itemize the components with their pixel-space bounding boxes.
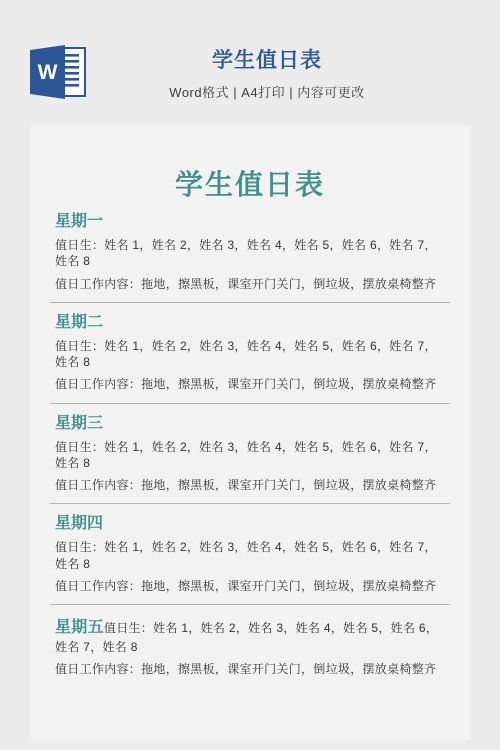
duty-line: 值日工作内容：拖地，擦黑板，课室开门关门，倒垃圾，摆放桌椅整齐: [55, 477, 445, 493]
duty-line: 值日工作内容：拖地，擦黑板，课室开门关门，倒垃圾，摆放桌椅整齐: [55, 376, 445, 392]
day-heading-inline: 星期五: [55, 619, 104, 636]
duty-line: 值日工作内容：拖地，擦黑板，课室开门关门，倒垃圾，摆放桌椅整齐: [55, 578, 445, 594]
students-line: 值日生：姓名 1，姓名 2，姓名 3，姓名 4，姓名 5，姓名 6，姓名 7，姓…: [55, 539, 445, 571]
page-subtitle: Word格式 | A4打印 | 内容可更改: [34, 82, 500, 101]
day-section-wednesday: 星期三 值日生：姓名 1，姓名 2，姓名 3，姓名 4，姓名 5，姓名 6，姓名…: [30, 414, 470, 494]
students-line: 星期五值日生：姓名 1，姓名 2，姓名 3，姓名 4，姓名 5，姓名 6，姓名 …: [55, 617, 445, 655]
students-line: 值日生：姓名 1，姓名 2，姓名 3，姓名 4，姓名 5，姓名 6，姓名 7，姓…: [55, 237, 445, 269]
day-heading: 星期三: [55, 414, 445, 433]
section-divider: [50, 302, 450, 303]
page-title: 学生值日表: [34, 48, 500, 73]
day-heading: 星期四: [55, 514, 445, 533]
duty-line: 值日工作内容：拖地，擦黑板，课室开门关门，倒垃圾，摆放桌椅整齐: [55, 276, 445, 292]
duty-line: 值日工作内容：拖地，擦黑板，课室开门关门，倒垃圾，摆放桌椅整齐: [55, 661, 445, 677]
students-line: 值日生：姓名 1，姓名 2，姓名 3，姓名 4，姓名 5，姓名 6，姓名 7，姓…: [55, 338, 445, 370]
section-divider: [50, 503, 450, 504]
document-preview: 学生值日表 星期一 值日生：姓名 1，姓名 2，姓名 3，姓名 4，姓名 5，姓…: [30, 125, 470, 740]
students-line-text: 值日生：姓名 1，姓名 2，姓名 3，姓名 4，姓名 5，姓名 6，姓名 7，姓…: [55, 621, 438, 654]
day-section-friday: 星期五值日生：姓名 1，姓名 2，姓名 3，姓名 4，姓名 5，姓名 6，姓名 …: [30, 617, 470, 677]
day-section-thursday: 星期四 值日生：姓名 1，姓名 2，姓名 3，姓名 4，姓名 5，姓名 6，姓名…: [30, 514, 470, 594]
section-divider: [50, 403, 450, 404]
section-divider: [50, 604, 450, 605]
page: W 学生值日表 Word格式 | A4打印 | 内容可更改 学生值日表 星期一 …: [0, 0, 500, 750]
day-heading: 星期二: [55, 313, 445, 332]
document-title: 学生值日表: [30, 125, 470, 202]
day-heading: 星期一: [55, 212, 445, 231]
students-line: 值日生：姓名 1，姓名 2，姓名 3，姓名 4，姓名 5，姓名 6，姓名 7，姓…: [55, 439, 445, 471]
page-header: 学生值日表 Word格式 | A4打印 | 内容可更改: [34, 48, 500, 101]
day-section-tuesday: 星期二 值日生：姓名 1，姓名 2，姓名 3，姓名 4，姓名 5，姓名 6，姓名…: [30, 313, 470, 393]
day-section-monday: 星期一 值日生：姓名 1，姓名 2，姓名 3，姓名 4，姓名 5，姓名 6，姓名…: [30, 212, 470, 292]
